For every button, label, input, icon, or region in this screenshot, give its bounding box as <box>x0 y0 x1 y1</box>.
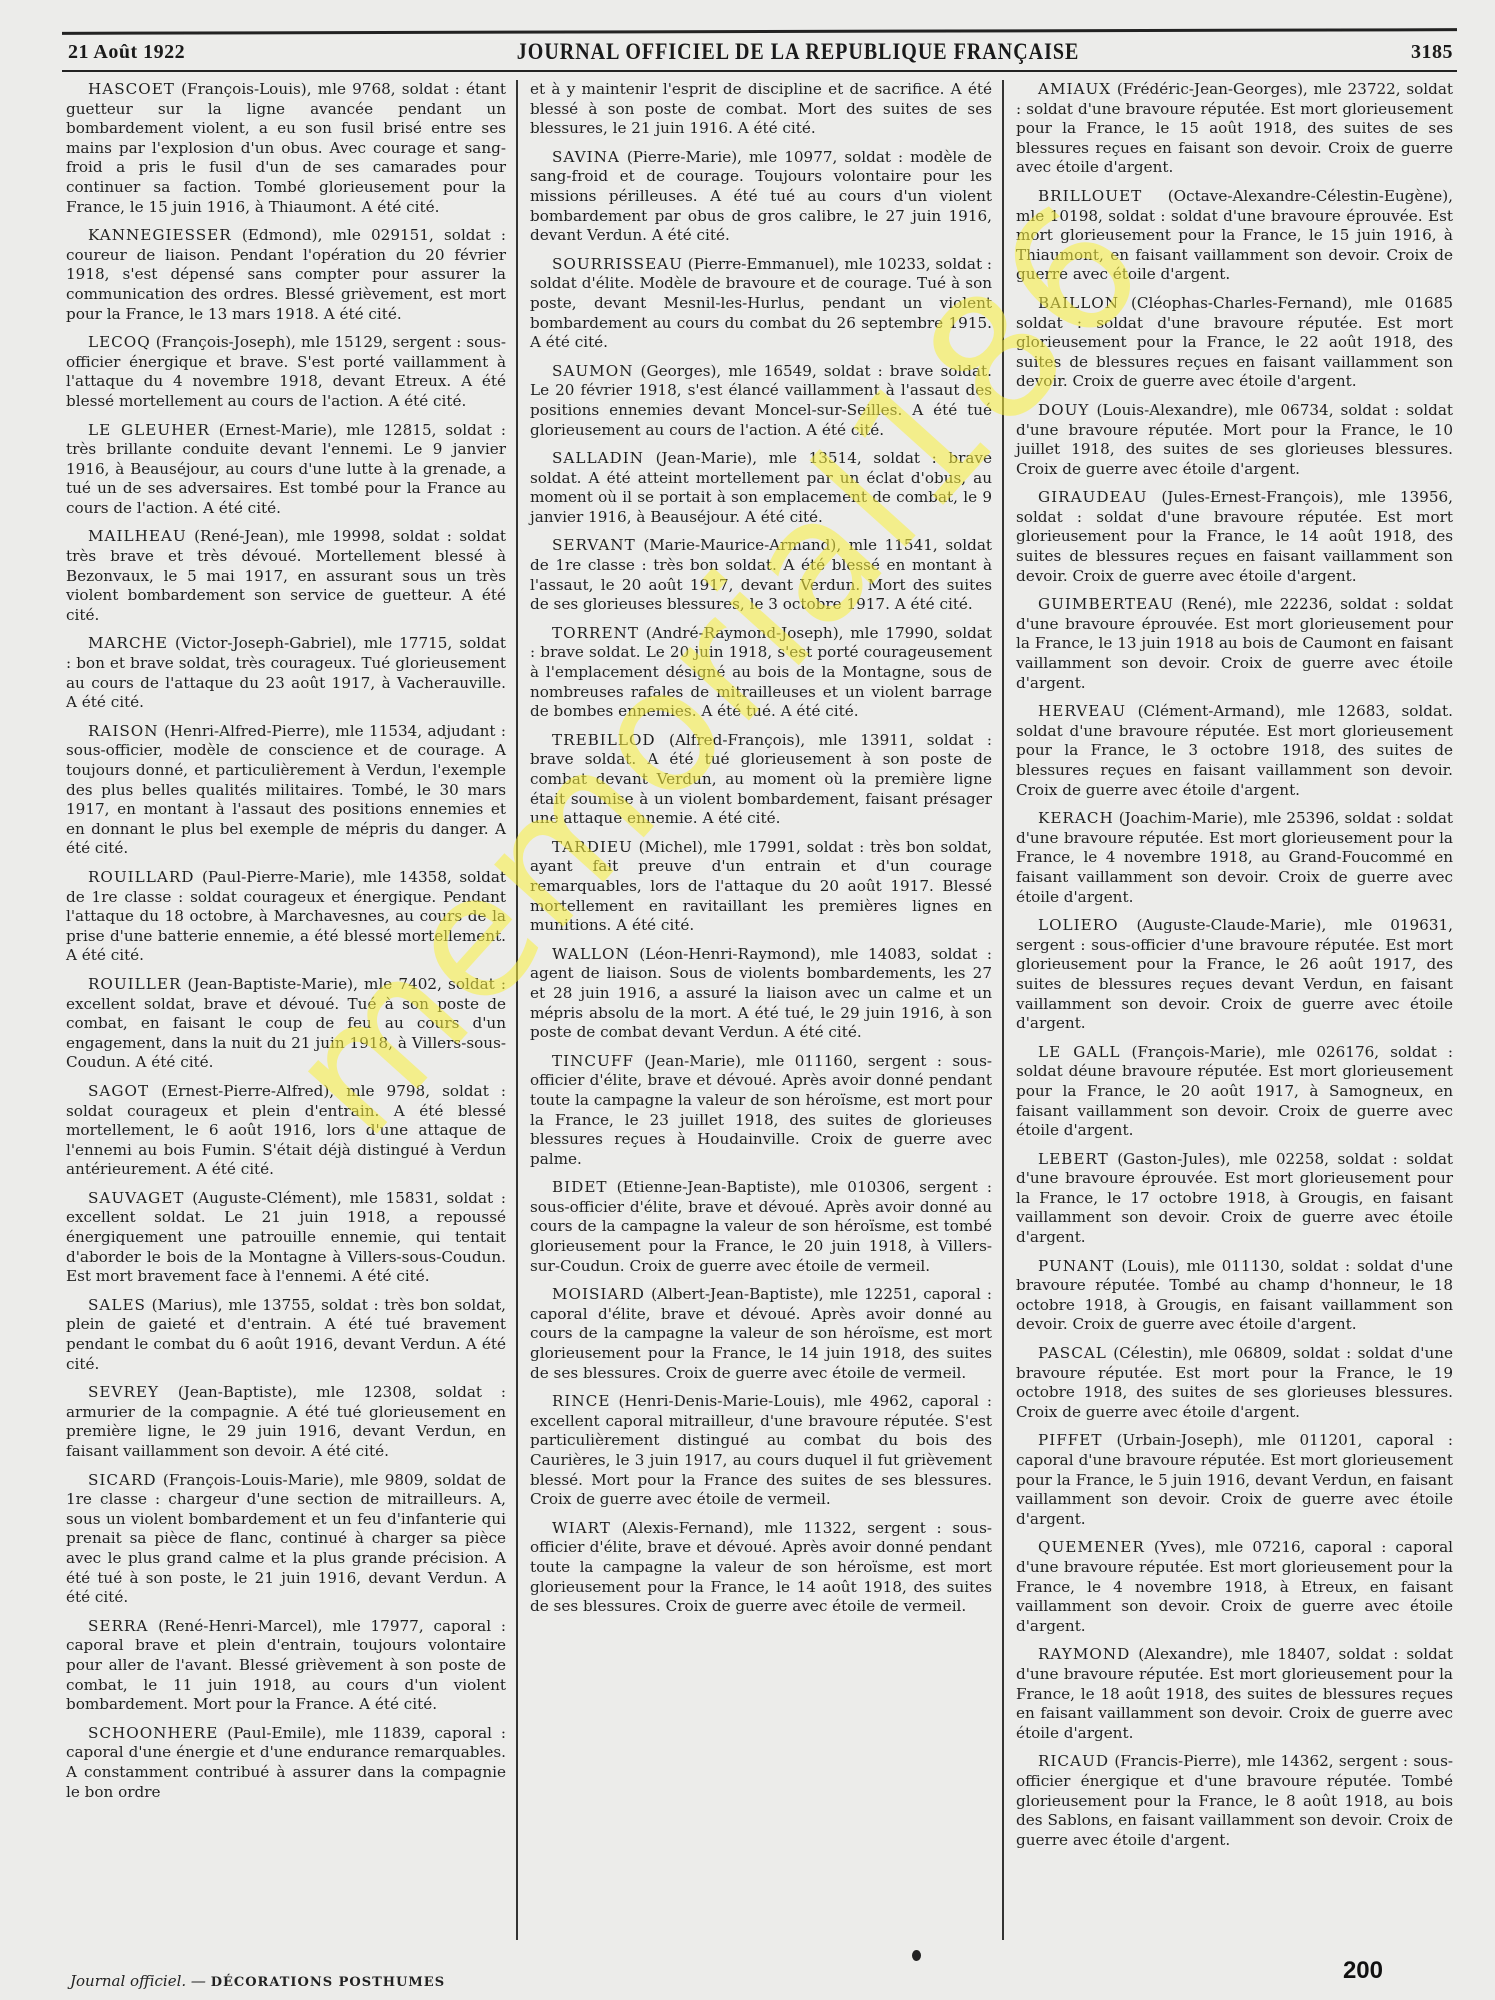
citation-entry: GUIMBERTEAU (René), mle 22236, soldat : … <box>1016 595 1453 693</box>
column-left: HASCOET (François-Louis), mle 9768, sold… <box>62 80 516 1940</box>
citation-entry: LE GALL (François-Marie), mle 026176, so… <box>1016 1043 1453 1141</box>
citation-entry: KANNEGIESSER (Edmond), mle 029151, solda… <box>66 226 506 324</box>
column-right: AMIAUX (Frédéric-Jean-Georges), mle 2372… <box>1004 80 1457 1940</box>
citation-entry: KERACH (Joachim-Marie), mle 25396, solda… <box>1016 809 1453 907</box>
citation-entry: TARDIEU (Michel), mle 17991, soldat : tr… <box>530 838 992 936</box>
citation-entry: SERVANT (Marie-Maurice-Armand), mle 1154… <box>530 536 992 614</box>
soldier-name: TORRENT <box>552 624 639 642</box>
soldier-name: QUEMENER <box>1038 1538 1145 1556</box>
soldier-name: SALES <box>88 1296 146 1314</box>
newspaper-page: 21 Août 1922 JOURNAL OFFICIEL DE LA REPU… <box>0 0 1495 2000</box>
citation-entry: MOISIARD (Albert-Jean-Baptiste), mle 122… <box>530 1285 992 1383</box>
soldier-name: MAILHEAU <box>88 527 187 545</box>
citation-entry: PUNANT (Louis), mle 011130, soldat : sol… <box>1016 1257 1453 1335</box>
footer-publication: Journal officiel. — <box>70 1972 206 1990</box>
soldier-name: SEVREY <box>88 1383 159 1401</box>
citation-entry: QUEMENER (Yves), mle 07216, caporal : ca… <box>1016 1538 1453 1636</box>
soldier-name: BAILLON <box>1038 294 1119 312</box>
soldier-name: LEBERT <box>1038 1150 1109 1168</box>
soldier-name: SICARD <box>88 1471 157 1489</box>
soldier-name: LOLIERO <box>1038 916 1119 934</box>
citation-entry: TREBILLOD (Alfred-François), mle 13911, … <box>530 731 992 829</box>
footer-caption: Journal officiel. — DÉCORATIONS POSTHUME… <box>70 1972 445 1990</box>
citation-entry: GIRAUDEAU (Jules-Ernest-François), mle 1… <box>1016 488 1453 586</box>
citation-entry: WALLON (Léon-Henri-Raymond), mle 14083, … <box>530 945 992 1043</box>
citation-entry: MARCHE (Victor-Joseph-Gabriel), mle 1771… <box>66 634 506 712</box>
header-bottom-rule <box>62 70 1457 72</box>
citation-entry: SOURRISSEAU (Pierre-Emmanuel), mle 10233… <box>530 255 992 353</box>
soldier-name: SAVINA <box>552 148 620 166</box>
soldier-name: DOUY <box>1038 401 1089 419</box>
citation-entry: RINCE (Henri-Denis-Marie-Louis), mle 496… <box>530 1392 992 1510</box>
soldier-name: PIFFET <box>1038 1431 1103 1449</box>
soldier-name: TREBILLOD <box>552 731 656 749</box>
citation-entry: BIDET (Etienne-Jean-Baptiste), mle 01030… <box>530 1178 992 1276</box>
citation-entry: LECOQ (François-Joseph), mle 15129, serg… <box>66 333 506 411</box>
citation-entry: SAUVAGET (Auguste-Clément), mle 15831, s… <box>66 1189 506 1287</box>
soldier-name: HERVEAU <box>1038 702 1126 720</box>
citation-entry: SALLADIN (Jean-Marie), mle 13514, soldat… <box>530 449 992 527</box>
soldier-name: RICAUD <box>1038 1752 1109 1770</box>
citation-entry: LE GLEUHER (Ernest-Marie), mle 12815, so… <box>66 421 506 519</box>
soldier-name: RAISON <box>88 722 159 740</box>
citation-entry: SEVREY (Jean-Baptiste), mle 12308, solda… <box>66 1383 506 1461</box>
citation-entry: SCHOONHERE (Paul-Emile), mle 11839, capo… <box>66 1724 506 1802</box>
soldier-name: WIART <box>552 1519 611 1537</box>
citation-entry: et à y maintenir l'esprit de discipline … <box>530 80 992 139</box>
citation-entry: ROUILLARD (Paul-Pierre-Marie), mle 14358… <box>66 868 506 966</box>
page-number: 3185 <box>1411 41 1453 64</box>
citation-entry: DOUY (Louis-Alexandre), mle 06734, solda… <box>1016 401 1453 479</box>
citation-text: (François-Louis-Marie), mle 9809, soldat… <box>66 1471 506 1607</box>
soldier-name: TARDIEU <box>552 838 633 856</box>
citation-entry: TORRENT (André-Raymond-Joseph), mle 1799… <box>530 624 992 722</box>
soldier-name: KERACH <box>1038 809 1114 827</box>
citation-entry: PASCAL (Célestin), mle 06809, soldat : s… <box>1016 1344 1453 1422</box>
page-header: 21 Août 1922 JOURNAL OFFICIEL DE LA REPU… <box>68 38 1453 66</box>
citation-text: et à y maintenir l'esprit de discipline … <box>530 80 992 137</box>
soldier-name: ROUILLER <box>88 975 181 993</box>
ink-spot <box>912 1950 921 1961</box>
soldier-name: HASCOET <box>88 80 175 98</box>
publication-title: JOURNAL OFFICIEL DE LA REPUBLIQUE FRANÇA… <box>517 39 1080 65</box>
citation-entry: PIFFET (Urbain-Joseph), mle 011201, capo… <box>1016 1431 1453 1529</box>
citation-entry: SAVINA (Pierre-Marie), mle 10977, soldat… <box>530 148 992 246</box>
soldier-name: LE GALL <box>1038 1043 1120 1061</box>
soldier-name: GIRAUDEAU <box>1038 488 1147 506</box>
soldier-name: MOISIARD <box>552 1285 645 1303</box>
soldier-name: PASCAL <box>1038 1344 1107 1362</box>
issue-date: 21 Août 1922 <box>68 41 185 64</box>
citation-entry: BRILLOUET (Octave-Alexandre-Célestin-Eug… <box>1016 187 1453 285</box>
soldier-name: SCHOONHERE <box>88 1724 218 1742</box>
soldier-name: MARCHE <box>88 634 168 652</box>
soldier-name: LECOQ <box>88 333 151 351</box>
citation-entry: AMIAUX (Frédéric-Jean-Georges), mle 2372… <box>1016 80 1453 178</box>
soldier-name: SAGOT <box>88 1082 149 1100</box>
soldier-name: BRILLOUET <box>1038 187 1142 205</box>
citation-entry: HERVEAU (Clément-Armand), mle 12683, sol… <box>1016 702 1453 800</box>
soldier-name: KANNEGIESSER <box>88 226 232 244</box>
soldier-name: TINCUFF <box>552 1052 634 1070</box>
citation-entry: BAILLON (Cléophas-Charles-Fernand), mle … <box>1016 294 1453 392</box>
citation-entry: LEBERT (Gaston-Jules), mle 02258, soldat… <box>1016 1150 1453 1248</box>
soldier-name: RINCE <box>552 1392 610 1410</box>
sheet-number: 200 <box>1343 1957 1383 1985</box>
columns: HASCOET (François-Louis), mle 9768, sold… <box>62 80 1457 1940</box>
soldier-name: BIDET <box>552 1178 608 1196</box>
citation-entry: TINCUFF (Jean-Marie), mle 011160, sergen… <box>530 1052 992 1170</box>
soldier-name: RAYMOND <box>1038 1645 1130 1663</box>
citation-entry: RAISON (Henri-Alfred-Pierre), mle 11534,… <box>66 722 506 859</box>
soldier-name: AMIAUX <box>1038 80 1111 98</box>
footer-section: DÉCORATIONS POSTHUMES <box>211 1975 445 1990</box>
soldier-name: GUIMBERTEAU <box>1038 595 1174 613</box>
soldier-name: WALLON <box>552 945 630 963</box>
soldier-name: ROUILLARD <box>88 868 194 886</box>
citation-entry: ROUILLER (Jean-Baptiste-Marie), mle 7402… <box>66 975 506 1073</box>
citation-entry: HASCOET (François-Louis), mle 9768, sold… <box>66 80 506 217</box>
soldier-name: SERVANT <box>552 536 636 554</box>
soldier-name: LE GLEUHER <box>88 421 210 439</box>
citation-entry: RICAUD (Francis-Pierre), mle 14362, serg… <box>1016 1752 1453 1850</box>
soldier-name: SAUMON <box>552 362 633 380</box>
soldier-name: SOURRISSEAU <box>552 255 683 273</box>
citation-text: (Henri-Alfred-Pierre), mle 11534, adjuda… <box>66 722 506 858</box>
header-top-rule <box>62 28 1457 35</box>
soldier-name: SERRA <box>88 1617 148 1635</box>
soldier-name: SALLADIN <box>552 449 644 467</box>
citation-entry: SAGOT (Ernest-Pierre-Alfred), mle 9798, … <box>66 1082 506 1180</box>
citation-entry: SALES (Marius), mle 13755, soldat : très… <box>66 1296 506 1374</box>
column-middle: et à y maintenir l'esprit de discipline … <box>516 80 1004 1940</box>
citation-entry: SAUMON (Georges), mle 16549, soldat : br… <box>530 362 992 440</box>
soldier-name: SAUVAGET <box>88 1189 184 1207</box>
citation-entry: RAYMOND (Alexandre), mle 18407, soldat :… <box>1016 1645 1453 1743</box>
soldier-name: PUNANT <box>1038 1257 1114 1275</box>
citation-entry: LOLIERO (Auguste-Claude-Marie), mle 0196… <box>1016 916 1453 1034</box>
citation-entry: SICARD (François-Louis-Marie), mle 9809,… <box>66 1471 506 1608</box>
citation-entry: WIART (Alexis-Fernand), mle 11322, serge… <box>530 1519 992 1617</box>
citation-entry: MAILHEAU (René-Jean), mle 19998, soldat … <box>66 527 506 625</box>
citation-entry: SERRA (René-Henri-Marcel), mle 17977, ca… <box>66 1617 506 1715</box>
citation-text: (François-Louis), mle 9768, soldat : éta… <box>66 80 506 216</box>
